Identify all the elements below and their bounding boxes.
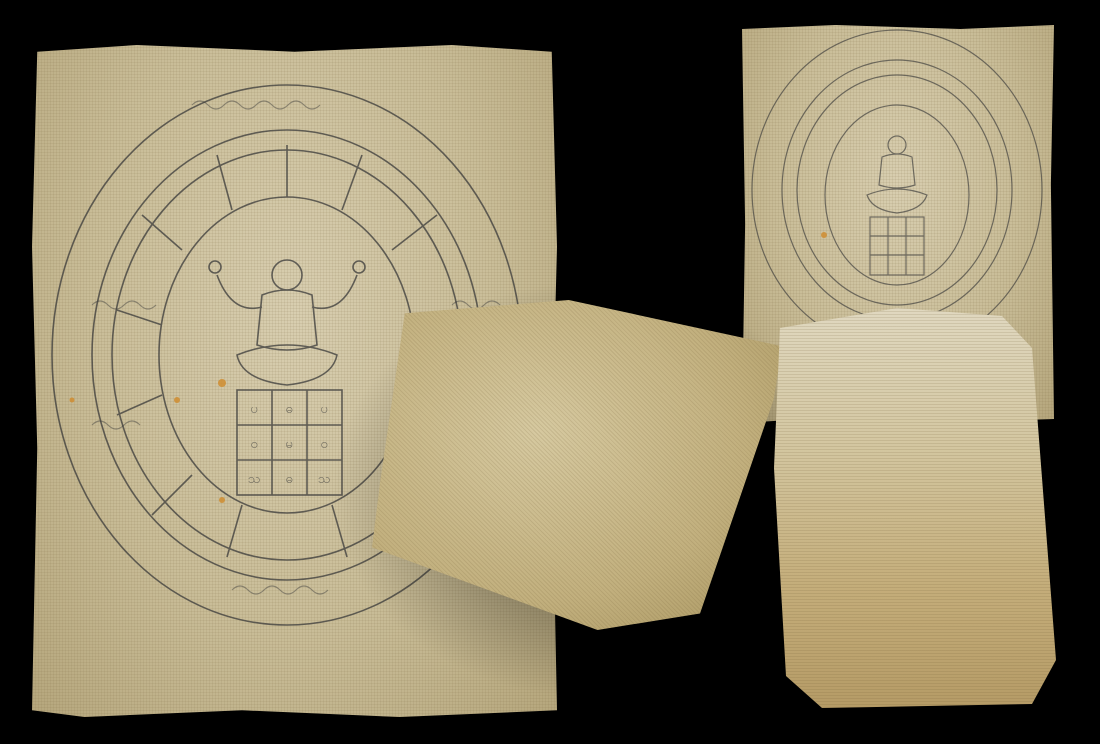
svg-text:သ: သ: [318, 472, 331, 487]
open-cloth-pouch: [762, 308, 1062, 708]
svg-text:ဝ: ဝ: [250, 437, 257, 452]
svg-text:ပ: ပ: [320, 402, 327, 417]
svg-text:ဝ: ဝ: [320, 437, 327, 452]
svg-text:ပ: ပ: [250, 402, 257, 417]
svg-text:မ: မ: [285, 437, 292, 452]
svg-text:သ: သ: [248, 472, 261, 487]
svg-text:ဓ: ဓ: [285, 402, 292, 417]
svg-text:ဓ: ဓ: [285, 472, 292, 487]
